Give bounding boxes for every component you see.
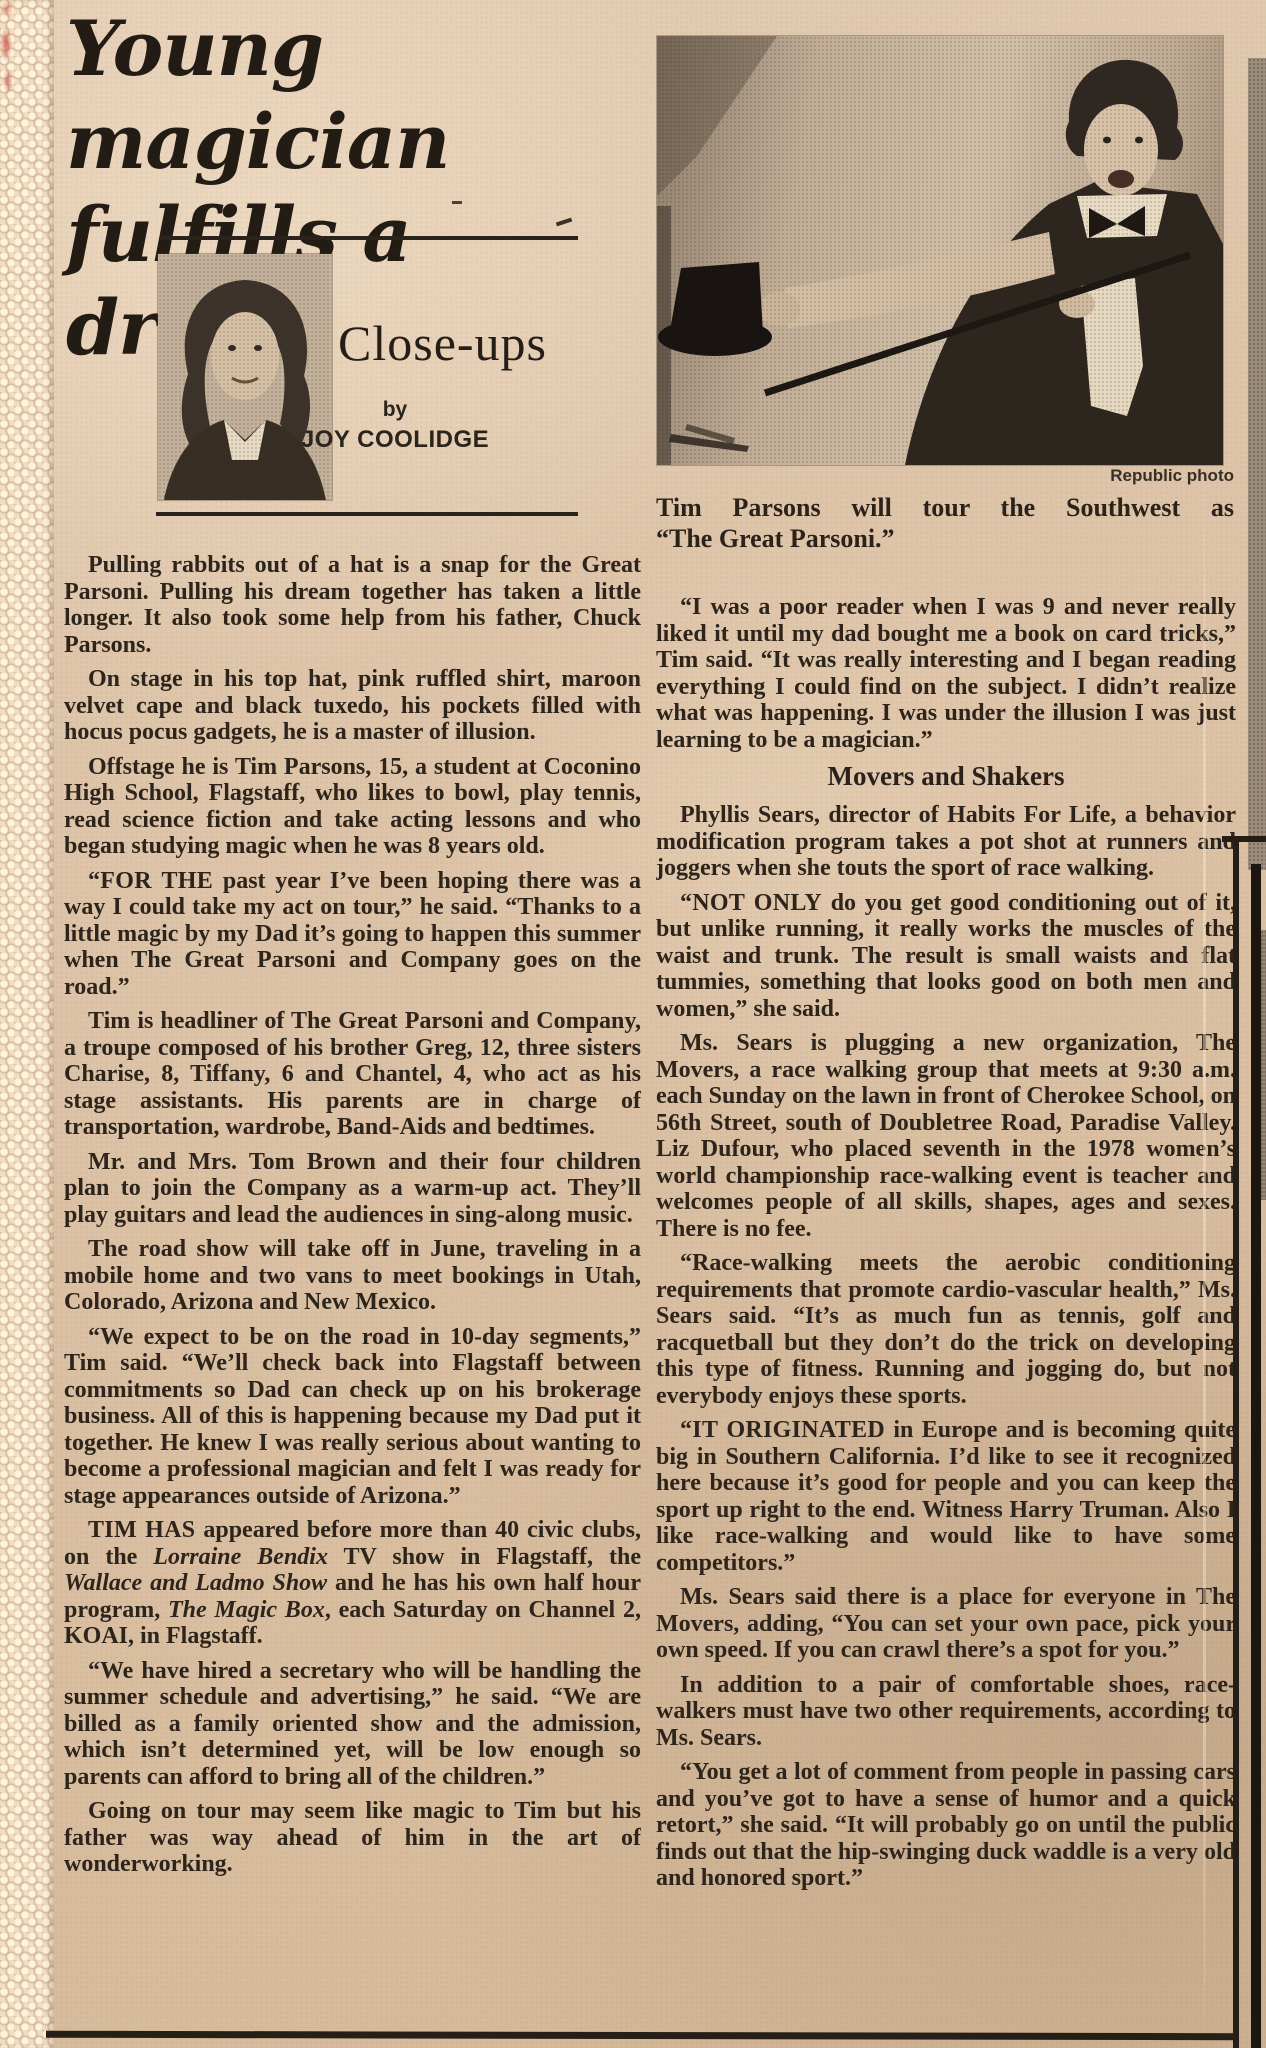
paragraph-text: Ms. Sears said there is a place for ever… — [656, 1584, 1236, 1663]
article-paragraph: Tim is headliner of The Great Parsoni an… — [64, 1008, 641, 1141]
cape-shape — [905, 182, 1223, 465]
ink-speck — [452, 201, 462, 204]
paragraph-text: “We have hired a secretary who will be h… — [64, 1658, 641, 1790]
adjacent-article-border-horizontal — [1222, 836, 1266, 842]
article-paragraph: “Race-walking meets the aerobic conditio… — [656, 1250, 1236, 1409]
article-paragraph: Mr. and Mrs. Tom Brown and their four ch… — [64, 1149, 641, 1229]
article-paragraph: “You get a lot of comment from people in… — [656, 1759, 1236, 1892]
paragraph-bold-lead: “FOR THE — [88, 868, 213, 894]
magician-photo — [657, 36, 1223, 465]
eye-right — [1135, 137, 1143, 144]
article-paragraph: “I was a poor reader when I was 9 and ne… — [656, 594, 1236, 753]
column-header-rule-top — [160, 236, 578, 240]
adjacent-clipping-fragment — [1248, 58, 1266, 870]
photo-caption-line2: “The Great Parsoni.” — [656, 523, 1234, 554]
paragraph-italic-title: Lorraine Bendix — [153, 1544, 328, 1570]
paragraph-text: The road show will take off in June, tra… — [64, 1236, 641, 1315]
paragraph-text: Ms. Sears is plugging a new organization… — [656, 1030, 1236, 1242]
paragraph-text: Tim is headliner of The Great Parsoni an… — [64, 1008, 641, 1140]
red-pen-mark — [0, 26, 12, 62]
article-paragraph: “FOR THE past year I’ve been hoping ther… — [64, 868, 641, 1001]
adjacent-article-border-vertical-heavy — [1251, 864, 1261, 2048]
paragraph-text: Phyllis Sears, director of Habits For Li… — [656, 802, 1236, 881]
headline-line1: Young magician — [66, 4, 449, 186]
author-photo-illustration — [158, 254, 332, 500]
eye-right — [254, 345, 262, 351]
paragraph-text: “You get a lot of comment from people in… — [656, 1759, 1236, 1891]
article-paragraph: Phyllis Sears, director of Habits For Li… — [656, 802, 1236, 882]
paragraph-text: Offstage he is Tim Parsons, 15, a studen… — [64, 754, 641, 860]
author-photo — [158, 254, 332, 500]
paragraph-text: “We expect to be on the road in 10-day s… — [64, 1324, 641, 1509]
article-paragraph: Ms. Sears is plugging a new organization… — [656, 1030, 1236, 1242]
article-paragraph: TIM HAS appeared before more than 40 civ… — [64, 1517, 641, 1650]
adjacent-article-border-vertical — [1233, 840, 1239, 2048]
paragraph-text: “I was a poor reader when I was 9 and ne… — [656, 594, 1236, 753]
album-border-texture — [0, 0, 56, 2048]
eye-left — [228, 345, 236, 351]
column-header-rule-bottom — [156, 512, 578, 516]
paragraph-text: TV show in Flagstaff, the — [328, 1544, 641, 1570]
right-column-top-paragraphs: “I was a poor reader when I was 9 and ne… — [656, 594, 1236, 753]
paragraph-text: “Race-walking meets the aerobic conditio… — [656, 1250, 1236, 1409]
photo-credit: Republic photo — [657, 466, 1234, 486]
article-paragraph: The road show will take off in June, tra… — [64, 1236, 641, 1316]
article-paragraph: “We expect to be on the road in 10-day s… — [64, 1324, 641, 1510]
red-pen-mark — [0, 0, 14, 18]
byline-by-label: by — [300, 398, 490, 422]
article-column-right: “I was a poor reader when I was 9 and ne… — [656, 594, 1236, 2034]
paragraph-text: In addition to a pair of comfortable sho… — [656, 1672, 1236, 1751]
red-pen-mark — [3, 68, 13, 94]
article-paragraph: “NOT ONLY do you get good conditioning o… — [656, 890, 1236, 1023]
byline-author: JOY COOLIDGE — [255, 426, 535, 454]
scanned-newspaper-page: { "article": { "headline_line1": "Young … — [0, 0, 1266, 2048]
paragraph-bold-lead: “NOT ONLY — [680, 890, 822, 916]
hand-left — [758, 292, 800, 326]
right-column-bottom-paragraphs: Phyllis Sears, director of Habits For Li… — [656, 802, 1236, 1892]
article-paragraph: Pulling rabbits out of a hat is a snap f… — [64, 552, 641, 658]
paragraph-text: Pulling rabbits out of a hat is a snap f… — [64, 552, 641, 658]
paragraph-text: Going on tour may seem like magic to Tim… — [64, 1798, 641, 1877]
article-paragraph: In addition to a pair of comfortable sho… — [656, 1672, 1236, 1752]
article-paragraph: On stage in his top hat, pink ruffled sh… — [64, 666, 641, 746]
photo-caption: Tim Parsons will tour the Southwest as “… — [656, 492, 1234, 554]
corner-shade — [657, 36, 777, 196]
paragraph-bold-lead: “IT ORIGINATED — [680, 1417, 885, 1443]
paper-crease — [1203, 470, 1206, 2048]
paragraph-italic-title: The Magic Box — [168, 1597, 325, 1623]
article-paragraph: “We have hired a secretary who will be h… — [64, 1658, 641, 1791]
paragraph-italic-title: Wallace and Ladmo Show — [64, 1570, 327, 1596]
face-shape — [211, 312, 279, 400]
magician-photo-illustration — [657, 36, 1223, 465]
paragraph-bold-lead: TIM HAS — [88, 1517, 195, 1543]
article-paragraph: Going on tour may seem like magic to Tim… — [64, 1798, 641, 1878]
section-subhead: Movers and Shakers — [656, 761, 1236, 792]
article-column-left: Pulling rabbits out of a hat is a snap f… — [64, 552, 641, 2036]
article-paragraph: Ms. Sears said there is a place for ever… — [656, 1584, 1236, 1664]
eye-left — [1103, 137, 1111, 144]
top-hat-brim — [658, 318, 772, 356]
paragraph-text: On stage in his top hat, pink ruffled sh… — [64, 666, 641, 745]
photo-caption-line1: Tim Parsons will tour the Southwest as — [656, 492, 1234, 523]
open-mouth — [1108, 170, 1134, 188]
column-title: Close-ups — [338, 314, 547, 372]
article-paragraph: “IT ORIGINATED in Europe and is becoming… — [656, 1417, 1236, 1576]
article-paragraph: Offstage he is Tim Parsons, 15, a studen… — [64, 754, 641, 860]
paragraph-text: Mr. and Mrs. Tom Brown and their four ch… — [64, 1149, 641, 1228]
